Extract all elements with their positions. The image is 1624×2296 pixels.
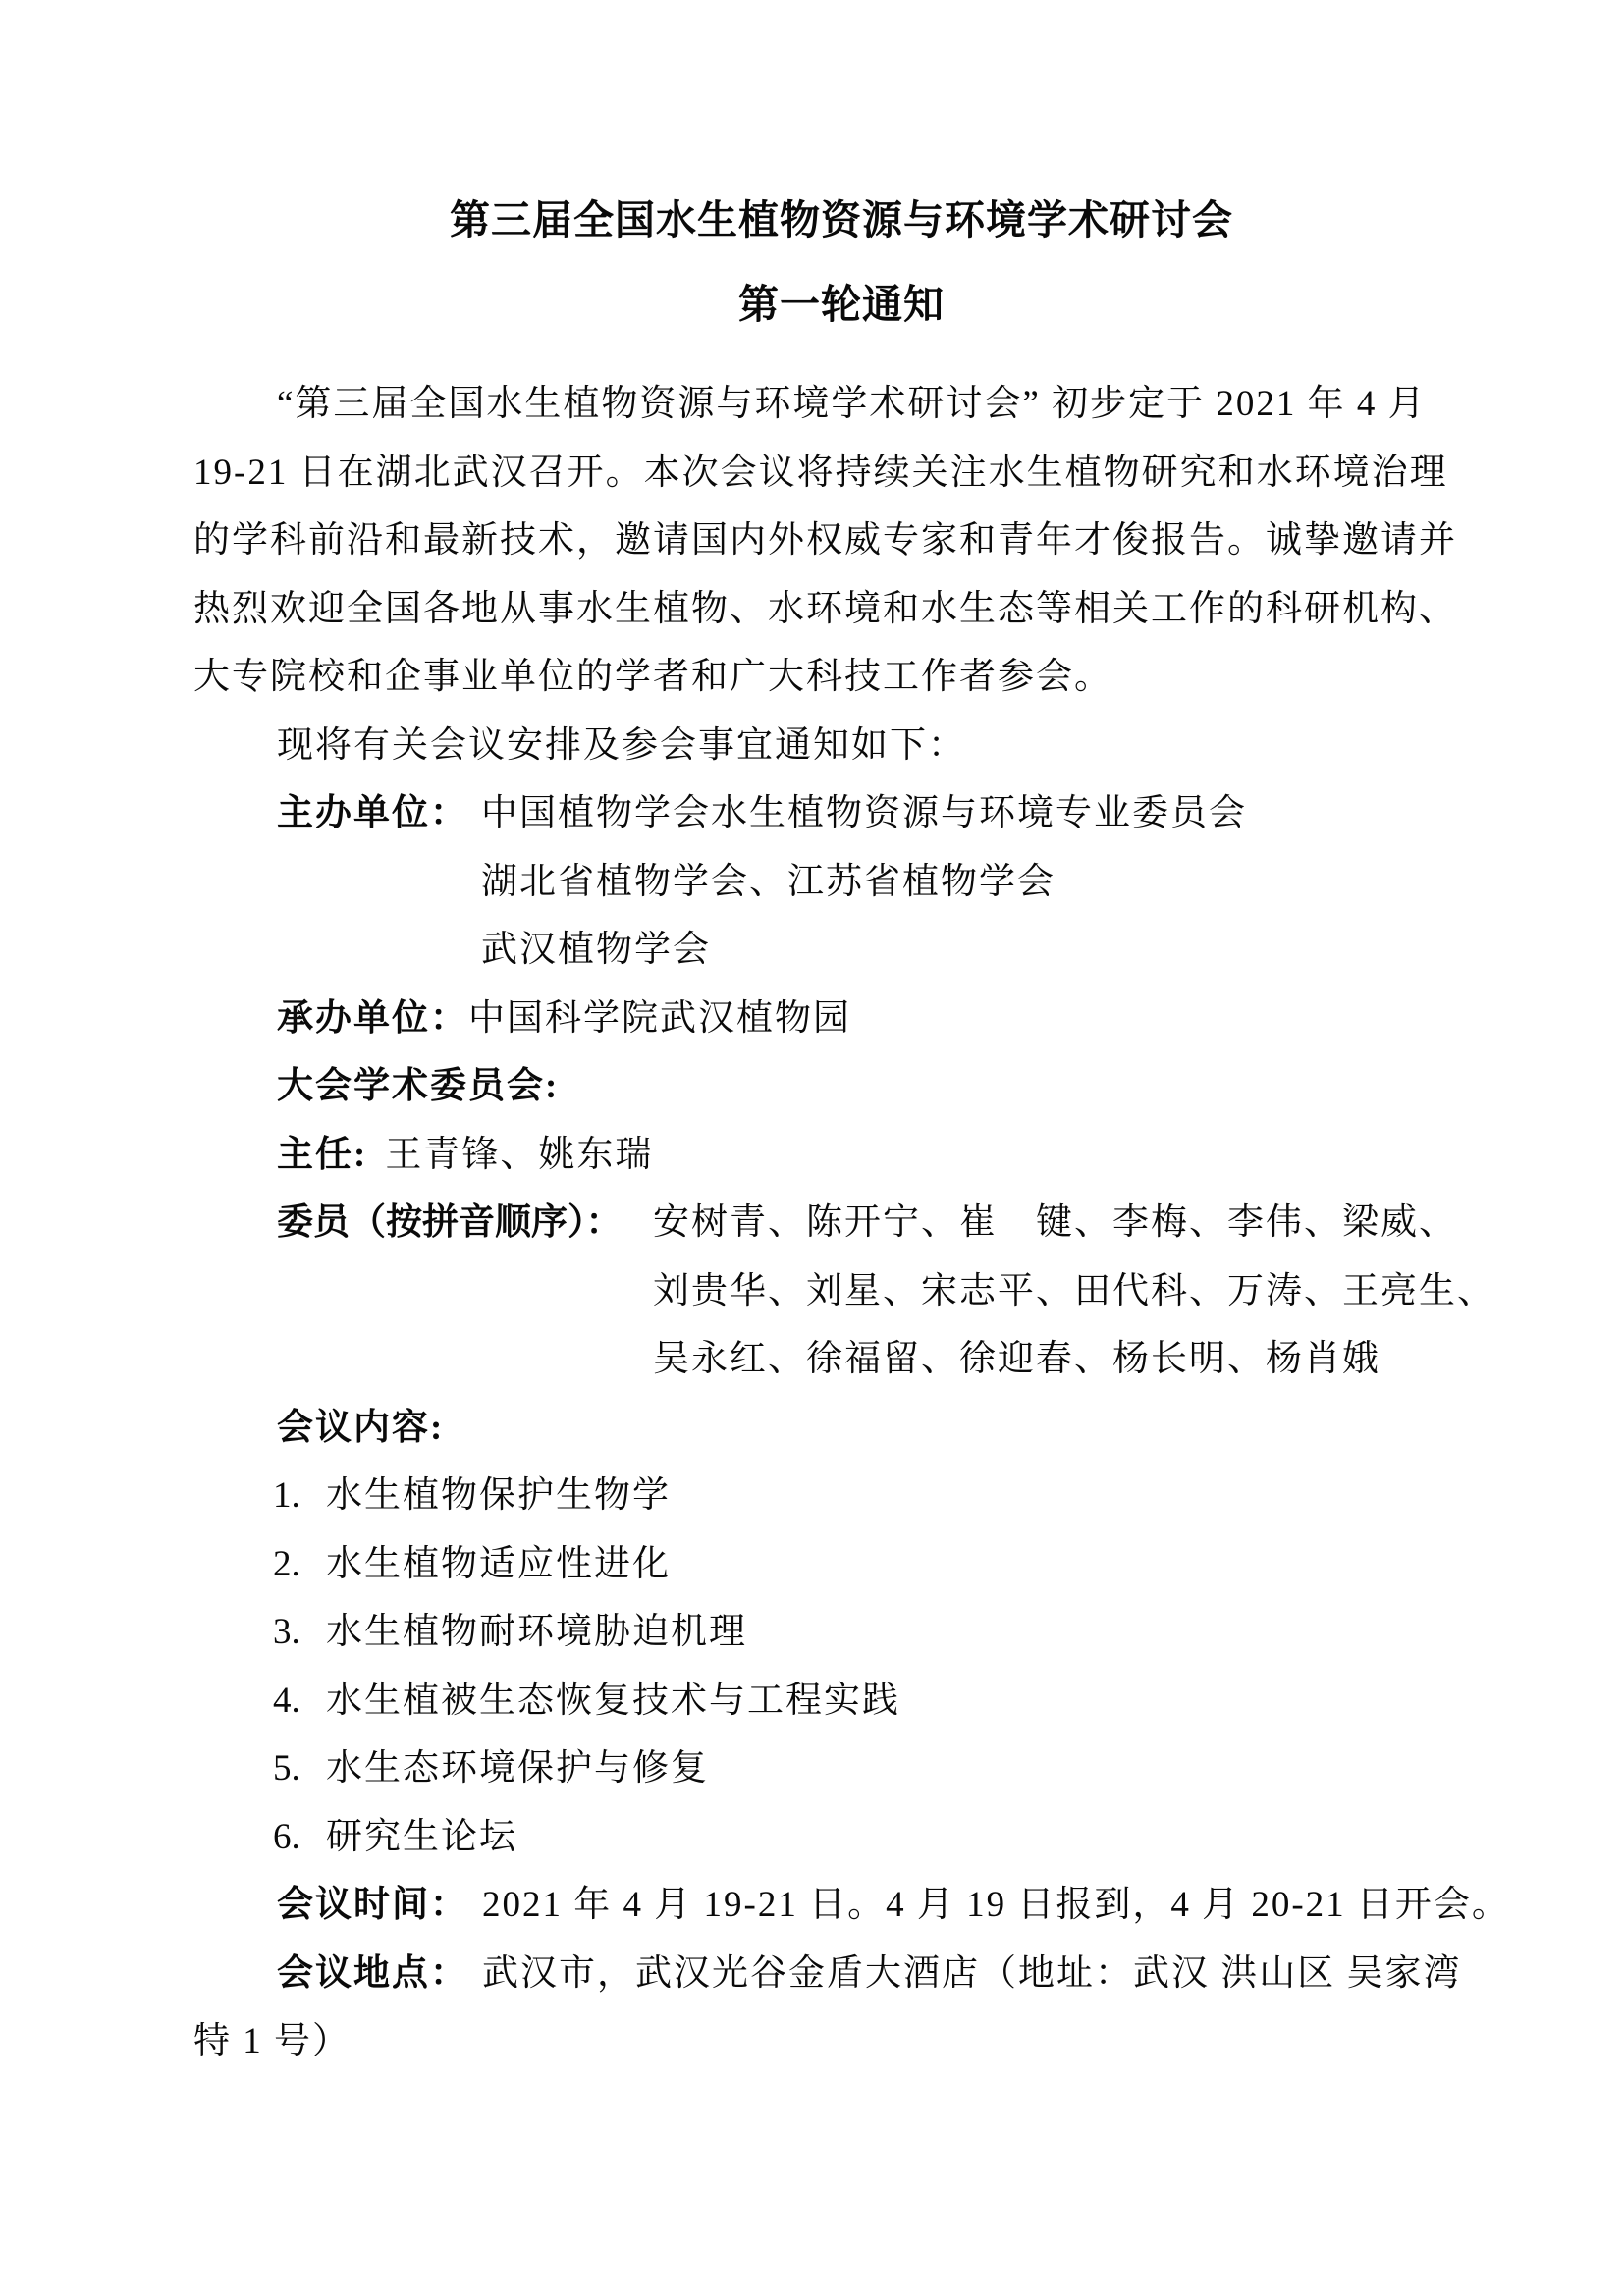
agenda-item-text: 水生植被生态恢复技术与工程实践 (326, 1681, 900, 1721)
agenda-item: 4.水生植被生态恢复技术与工程实践 (193, 1667, 1489, 1735)
document-body: “第三届全国水生植物资源与环境学术研讨会” 初步定于 2021 年 4 月 19… (193, 370, 1489, 2076)
document-page: 第三届全国水生植物资源与环境学术研讨会 第一轮通知 “第三届全国水生植物资源与环… (0, 0, 1624, 2296)
agenda-item: 5.水生态环境保护与修复 (193, 1735, 1489, 1803)
intro-line: 19-21 日在湖北武汉召开。本次会议将持续关注水生植物研究和水环境治理 (193, 439, 1489, 507)
committee-chair-label: 主任: (277, 1135, 367, 1175)
committee-chair-value: 王青锋、姚东瑞 (385, 1135, 653, 1175)
host-organizer-label: 主办单位： (277, 779, 481, 848)
notice-line: 现将有关会议安排及参会事宜通知如下： (193, 712, 1489, 780)
committee-members-line: 刘贵华、刘星、宋志平、田代科、万涛、王亮生、 (193, 1257, 1489, 1326)
agenda-item-number: 6. (273, 1803, 326, 1872)
host-organizer-value: 中国植物学会水生植物资源与环境专业委员会 (481, 793, 1247, 833)
meeting-venue-label: 会议地点： (277, 1953, 468, 1994)
agenda-item-number: 2. (273, 1530, 326, 1599)
meeting-venue-value: 武汉市，武汉光谷金盾大酒店（地址：武汉 洪山区 吴家湾 (482, 1953, 1462, 1994)
meeting-venue-line: 会议地点：武汉市，武汉光谷金盾大酒店（地址：武汉 洪山区 吴家湾 (193, 1940, 1489, 2008)
agenda-item-number: 5. (273, 1735, 326, 1803)
meeting-venue-line: 特 1 号） (193, 2007, 1489, 2076)
committee-members-names: 安树青、陈开宁、崔 键、李梅、李伟、梁威、 (653, 1202, 1457, 1243)
agenda-item-number: 3. (273, 1598, 326, 1667)
undertaker-value: 中国科学院武汉植物园 (468, 998, 851, 1039)
agenda-item-text: 水生植物耐环境胁迫机理 (326, 1612, 747, 1652)
host-organizer-line: 武汉植物学会 (193, 916, 1489, 985)
agenda-item-text: 水生态环境保护与修复 (326, 1748, 709, 1789)
meeting-time-value: 2021 年 4 月 19-21 日。4 月 19 日报到，4 月 20-21 … (482, 1885, 1510, 1925)
committee-members-line: 吴永红、徐福留、徐迎春、杨长明、杨肖娥 (193, 1325, 1489, 1394)
committee-heading: 大会学术委员会: (193, 1052, 1489, 1121)
agenda-item: 6.研究生论坛 (193, 1803, 1489, 1872)
host-organizer-line: 主办单位：中国植物学会水生植物资源与环境专业委员会 (193, 779, 1489, 848)
agenda-item-text: 水生植物保护生物学 (326, 1475, 671, 1516)
agenda-item: 1.水生植物保护生物学 (193, 1462, 1489, 1530)
document-content: 第三届全国水生植物资源与环境学术研讨会 第一轮通知 “第三届全国水生植物资源与环… (193, 187, 1489, 2076)
host-organizer-line: 湖北省植物学会、江苏省植物学会 (193, 848, 1489, 917)
committee-members-label: 委员（按拼音顺序）： (277, 1189, 653, 1257)
intro-line: 大专院校和企事业单位的学者和广大科技工作者参会。 (193, 643, 1489, 712)
meeting-time-line: 会议时间：2021 年 4 月 19-21 日。4 月 19 日报到，4 月 2… (193, 1871, 1489, 1940)
agenda-heading: 会议内容: (193, 1394, 1489, 1463)
agenda-item-number: 1. (273, 1462, 326, 1530)
intro-line: 的学科前沿和最新技术，邀请国内外权威专家和青年才俊报告。诚挚邀请并 (193, 507, 1489, 575)
intro-line: 热烈欢迎全国各地从事水生植物、水环境和水生态等相关工作的科研机构、 (193, 575, 1489, 644)
committee-members-line: 委员（按拼音顺序）：安树青、陈开宁、崔 键、李梅、李伟、梁威、 (193, 1189, 1489, 1257)
document-title: 第三届全国水生植物资源与环境学术研讨会 (193, 187, 1489, 253)
agenda-item-text: 研究生论坛 (326, 1817, 517, 1857)
intro-line: “第三届全国水生植物资源与环境学术研讨会” 初步定于 2021 年 4 月 (193, 370, 1489, 439)
undertaker-label: 承办单位： (277, 998, 468, 1039)
meeting-time-label: 会议时间： (277, 1885, 468, 1925)
committee-chair-line: 主任:王青锋、姚东瑞 (193, 1121, 1489, 1190)
agenda-item-number: 4. (273, 1667, 326, 1735)
agenda-item: 3.水生植物耐环境胁迫机理 (193, 1598, 1489, 1667)
agenda-item: 2.水生植物适应性进化 (193, 1530, 1489, 1599)
undertaker-line: 承办单位：中国科学院武汉植物园 (193, 985, 1489, 1053)
agenda-item-text: 水生植物适应性进化 (326, 1544, 671, 1584)
document-subtitle: 第一轮通知 (193, 271, 1489, 338)
